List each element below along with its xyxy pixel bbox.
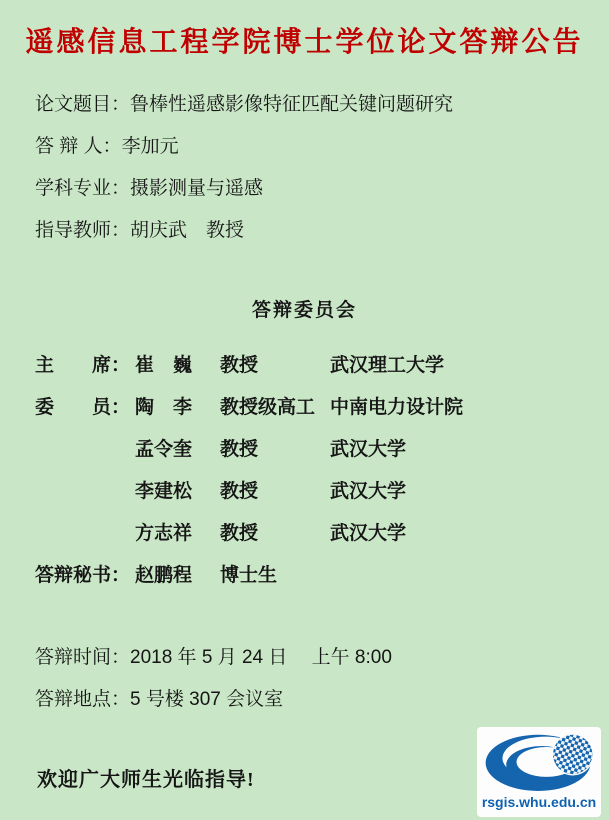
committee-row-title: 教授级高工 bbox=[220, 387, 330, 429]
committee-row-role: 主 席： bbox=[35, 345, 135, 387]
committee-row-title: 教授 bbox=[220, 471, 330, 513]
rsgis-logo: rsgis.whu.edu.cn bbox=[477, 727, 601, 817]
committee-row-role: 委 员： bbox=[35, 387, 135, 429]
defense-time-line: 答辩时间：2018 年 5 月 24 日 上午 8:00 bbox=[35, 637, 589, 679]
defense-announcement-poster: 遥感信息工程学院博士学位论文答辩公告 论文题目：鲁棒性遥感影像特征匹配关键问题研… bbox=[0, 0, 609, 820]
committee-row-org bbox=[330, 555, 594, 597]
committee-row-org: 中南电力设计院 bbox=[330, 387, 594, 429]
advisor-line: 指导教师：胡庆武 教授 bbox=[35, 210, 589, 252]
defense-location-line: 答辩地点：5 号楼 307 会议室 bbox=[35, 679, 589, 721]
defense-time-label: 答辩时间： bbox=[35, 647, 130, 668]
committee-row-title: 教授 bbox=[220, 513, 330, 555]
defense-time-value: 2018 年 5 月 24 日 上午 8:00 bbox=[130, 647, 392, 668]
committee-row-org: 武汉大学 bbox=[330, 471, 594, 513]
committee-row-org: 武汉大学 bbox=[330, 429, 594, 471]
committee-row-name: 赵鹏程 bbox=[135, 555, 220, 597]
thesis-title-line: 论文题目：鲁棒性遥感影像特征匹配关键问题研究 bbox=[35, 84, 589, 126]
committee-row-org: 武汉大学 bbox=[330, 513, 594, 555]
welcome-message: 欢迎广大师生光临指导! bbox=[37, 763, 255, 792]
committee-row-title: 教授 bbox=[220, 345, 330, 387]
committee-table: 主 席： 崔 巍 教授 武汉理工大学 委 员： 陶 李 教授级高工 中南电力设计… bbox=[35, 345, 594, 597]
committee-row-name: 崔 巍 bbox=[135, 345, 220, 387]
major-value: 摄影测量与遥感 bbox=[130, 178, 263, 199]
advisor-label: 指导教师： bbox=[35, 220, 130, 241]
defense-location-value: 5 号楼 307 会议室 bbox=[130, 689, 283, 710]
committee-heading: 答辩委员会 bbox=[0, 295, 609, 322]
thesis-info-block: 论文题目：鲁棒性遥感影像特征匹配关键问题研究 答 辩 人：李加元 学科专业：摄影… bbox=[35, 84, 589, 252]
committee-row-title: 博士生 bbox=[220, 555, 330, 597]
thesis-title-value: 鲁棒性遥感影像特征匹配关键问题研究 bbox=[130, 94, 453, 115]
committee-row-name: 方志祥 bbox=[135, 513, 220, 555]
committee-row-role bbox=[35, 513, 135, 555]
major-label: 学科专业： bbox=[35, 178, 130, 199]
candidate-line: 答 辩 人：李加元 bbox=[35, 126, 589, 168]
committee-row-org: 武汉理工大学 bbox=[330, 345, 594, 387]
defense-location-label: 答辩地点： bbox=[35, 689, 130, 710]
logo-url-text: rsgis.whu.edu.cn bbox=[482, 794, 596, 810]
major-line: 学科专业：摄影测量与遥感 bbox=[35, 168, 589, 210]
committee-row-name: 李建松 bbox=[135, 471, 220, 513]
committee-row-name: 孟令奎 bbox=[135, 429, 220, 471]
committee-row-name: 陶 李 bbox=[135, 387, 220, 429]
committee-row-title: 教授 bbox=[220, 429, 330, 471]
rsgis-logo-icon bbox=[480, 729, 598, 793]
advisor-value: 胡庆武 教授 bbox=[130, 220, 244, 241]
committee-row-role bbox=[35, 471, 135, 513]
candidate-value: 李加元 bbox=[122, 136, 179, 157]
committee-row-role: 答辩秘书： bbox=[35, 555, 135, 597]
candidate-label: 答 辩 人： bbox=[35, 136, 122, 157]
page-title: 遥感信息工程学院博士学位论文答辩公告 bbox=[0, 20, 609, 60]
thesis-title-label: 论文题目： bbox=[35, 94, 130, 115]
committee-row-role bbox=[35, 429, 135, 471]
schedule-block: 答辩时间：2018 年 5 月 24 日 上午 8:00 答辩地点：5 号楼 3… bbox=[35, 637, 589, 721]
